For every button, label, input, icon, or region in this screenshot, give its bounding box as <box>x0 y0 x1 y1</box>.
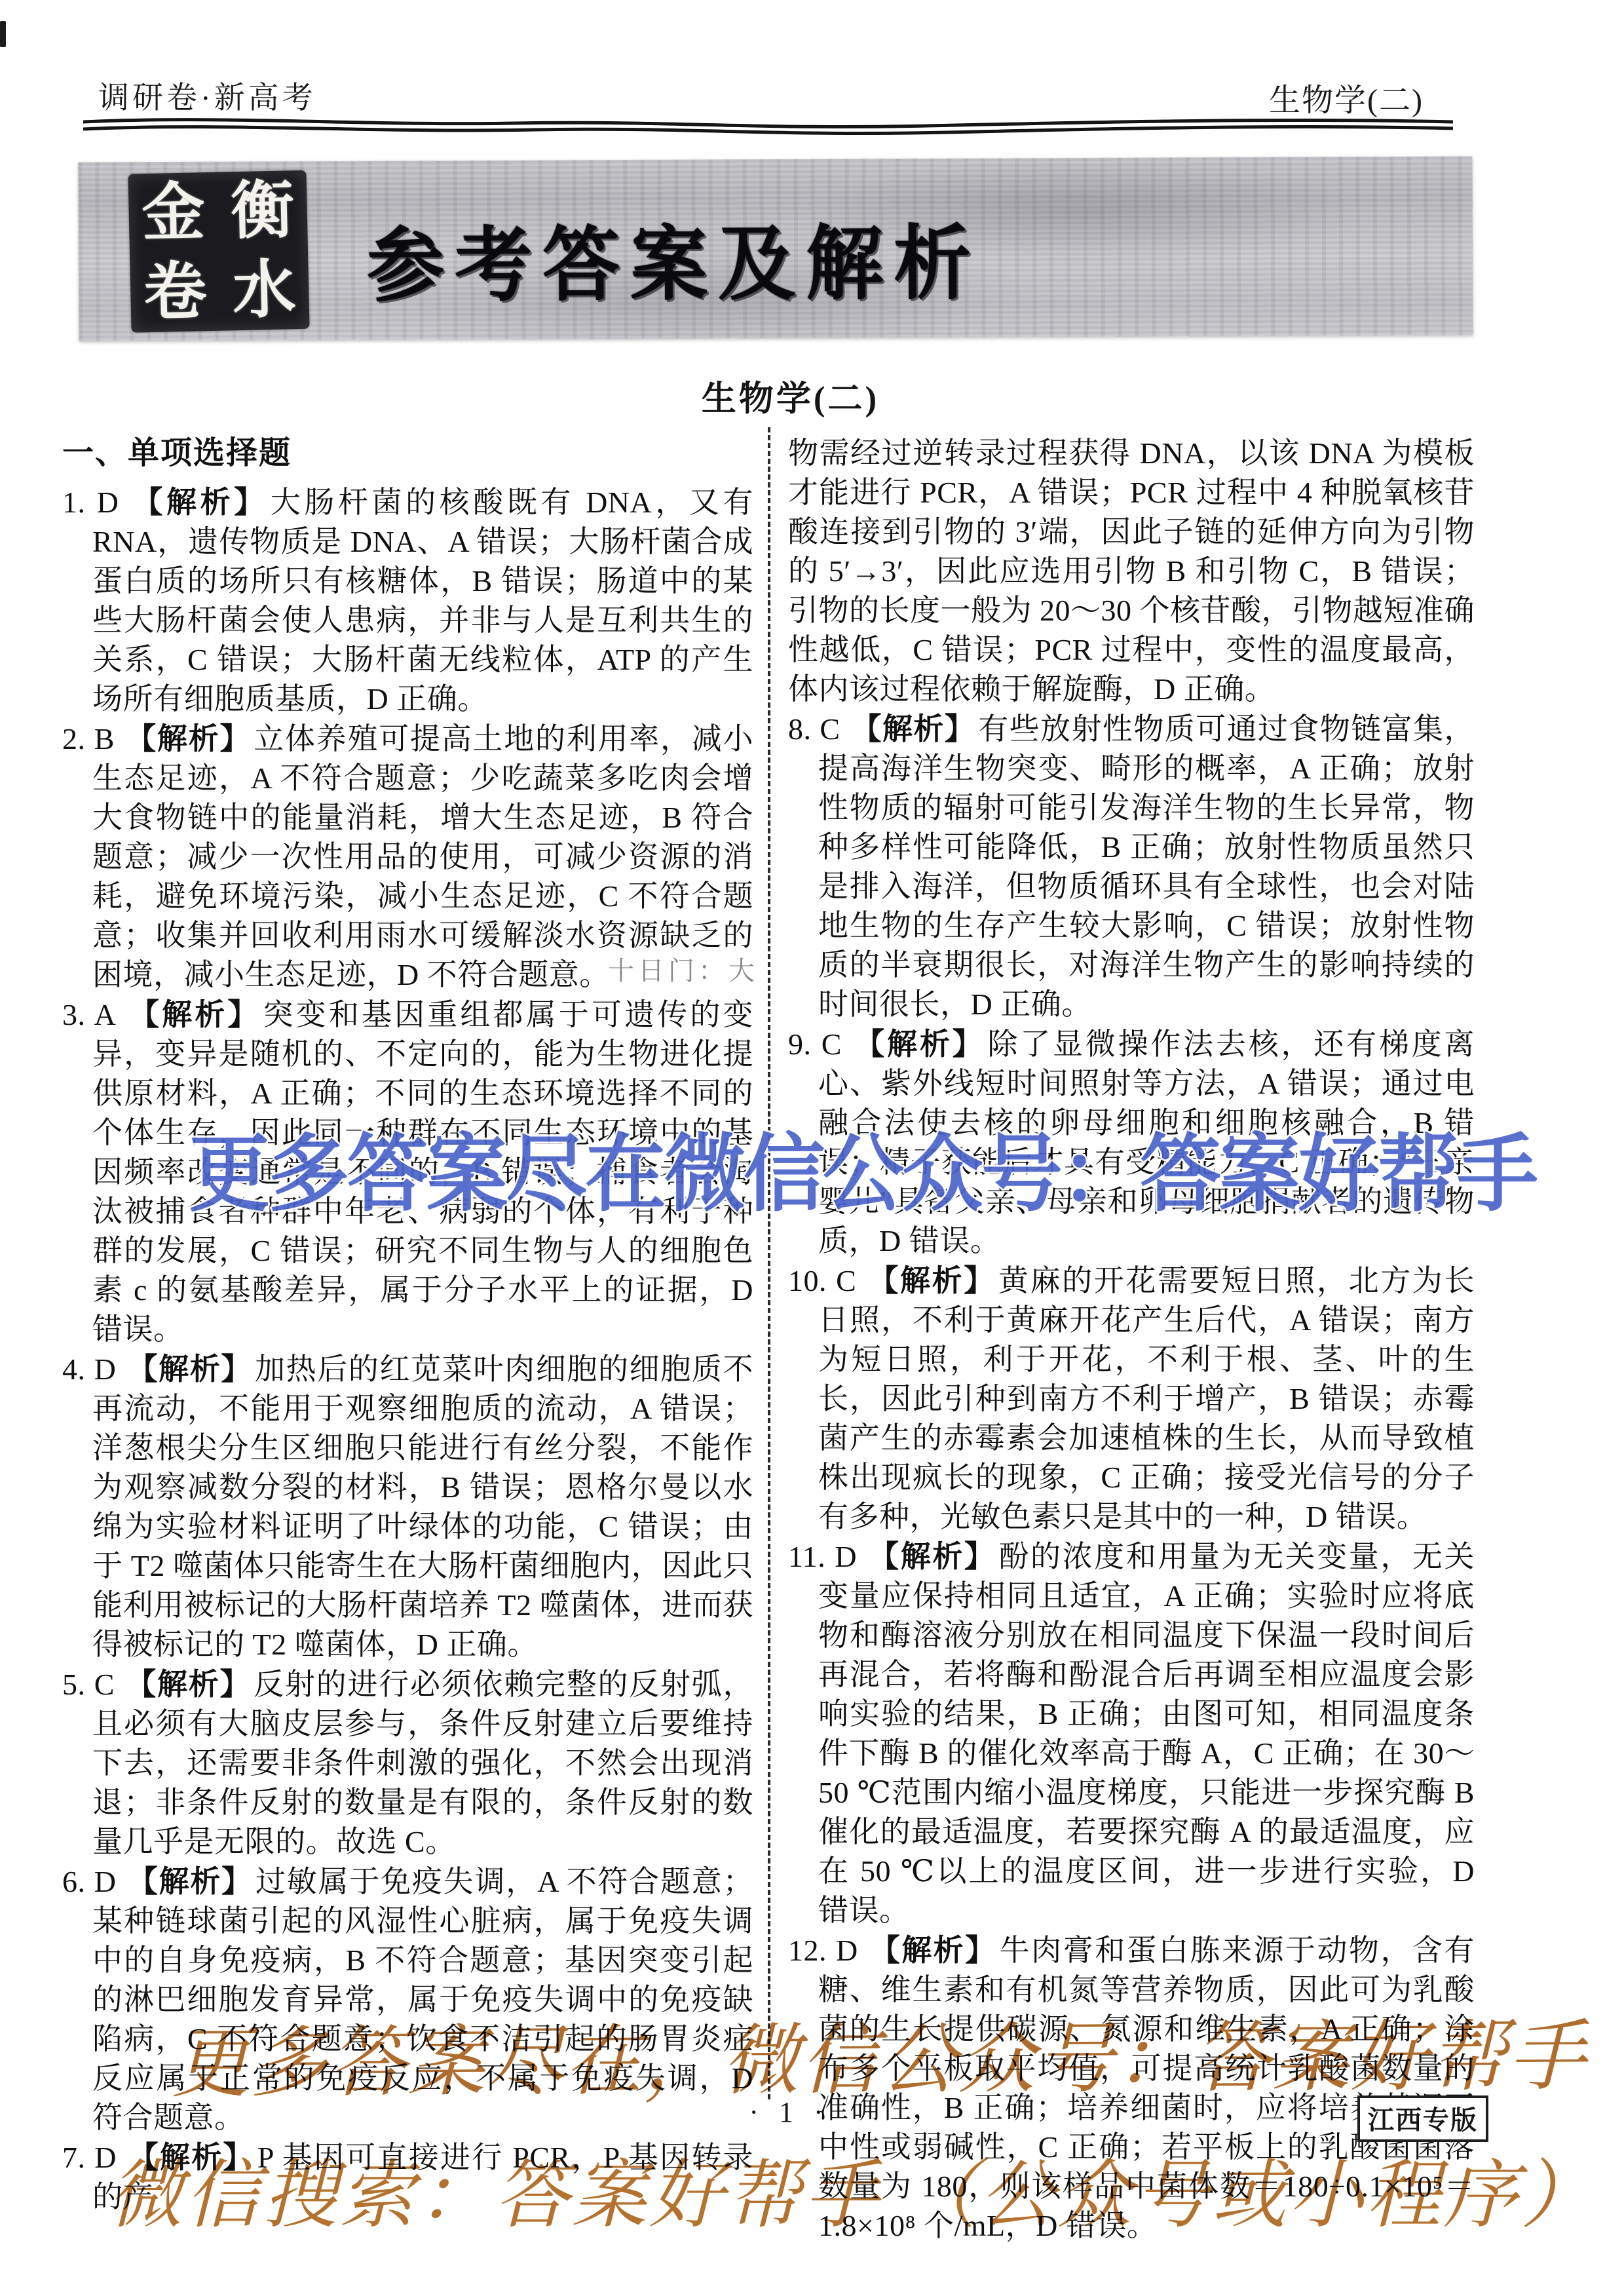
header-subject-title: 生物学(二) <box>1269 75 1424 120</box>
left-column: 一、单项选择题 1. D【解析】大肠杆菌的核酸既有 DNA，又有 RNA，遗传物… <box>62 434 753 2217</box>
answer-item-8: 8. C【解析】有些放射性物质可通过食物链富集，提高海洋生物突变、畸形的概率，A… <box>788 709 1475 1024</box>
analysis-label: 【解析】 <box>125 721 251 756</box>
seal-char: 金 <box>142 181 206 245</box>
analysis-label: 【解析】 <box>129 485 267 519</box>
banner-title: 参考答案及解析 <box>367 197 982 317</box>
answer-number: 1. D <box>62 486 119 519</box>
column-divider <box>768 427 770 2099</box>
answer-number: 10. C <box>788 1264 856 1297</box>
answer-item-5: 5. C【解析】反射的进行必须依赖完整的反射弧，且必须有大脑皮层参与，条件反射建… <box>62 1664 753 1862</box>
analysis-label: 【解析】 <box>867 1539 996 1573</box>
answer-number: 9. C <box>788 1027 842 1061</box>
section-heading: 一、单项选择题 <box>62 434 753 473</box>
print-bleed-artifact: 十日门：大 <box>608 950 759 987</box>
watermark-orange-bottom: 微信搜索：答案好帮手 （公众号或小程序） <box>108 2135 1598 2242</box>
analysis-text: 黄麻的开花需要短日照，北方为长日照，不利于黄麻开花产生后代，A 错误；南方为短日… <box>818 1264 1475 1533</box>
answer-number: 3. A <box>62 998 116 1031</box>
analysis-label: 【解析】 <box>852 1027 985 1061</box>
analysis-text: 有些放射性物质可通过食物链富集，提高海洋生物突变、畸形的概率，A 正确；放射性物… <box>818 712 1475 1021</box>
seal-char: 水 <box>232 258 296 322</box>
seal-char: 卷 <box>143 260 207 324</box>
scan-edge-mark <box>0 21 6 47</box>
analysis-label: 【解析】 <box>869 1933 997 1967</box>
analysis-label: 【解析】 <box>126 997 260 1031</box>
answer-banner: 金 衡 卷 水 参考答案及解析 <box>78 156 1473 341</box>
answer-item-11: 11. D【解析】酚的浓度和用量为无关变量，无关变量应保持相同且适宜，A 正确；… <box>788 1537 1475 1930</box>
answer-number: 8. C <box>788 712 840 746</box>
analysis-label: 【解析】 <box>125 1667 251 1701</box>
answer-number: 5. C <box>62 1668 115 1701</box>
header-series-title: 调研卷·新高考 <box>98 73 316 117</box>
watermark-orange-middle: 更多答案尽在，微信公众号：答案好帮手 <box>172 1993 1587 2112</box>
analysis-text: 大肠杆菌的核酸既有 DNA，又有 RNA，遗传物质是 DNA、A 错误；大肠杆菌… <box>92 486 753 716</box>
analysis-label: 【解析】 <box>126 1352 252 1386</box>
answer-item-7-continuation: 物需经过逆转录过程获得 DNA，以该 DNA 为模板才能进行 PCR，A 错误；… <box>788 434 1475 709</box>
watermark-blue: 更多答案尽在微信公众号：答案好帮手 <box>189 1106 1536 1227</box>
analysis-label: 【解析】 <box>851 712 976 746</box>
answer-number: 4. D <box>62 1352 116 1386</box>
heng-shui-jin-juan-seal: 金 衡 卷 水 <box>128 170 309 333</box>
answer-number: 6. D <box>62 1865 117 1898</box>
analysis-label: 【解析】 <box>127 1864 253 1898</box>
answer-number: 11. D <box>788 1540 857 1573</box>
right-column: 物需经过逆转录过程获得 DNA，以该 DNA 为模板才能进行 PCR，A 错误；… <box>788 434 1475 2246</box>
header-double-rule <box>82 115 1454 138</box>
analysis-label: 【解析】 <box>867 1263 996 1297</box>
answer-number: 2. B <box>62 722 115 756</box>
answer-number: 12. D <box>788 1934 858 1967</box>
analysis-text: 酚的浓度和用量为无关变量，无关变量应保持相同且适宜，A 正确；实验时应将底物和酶… <box>818 1540 1475 1927</box>
answer-item-1: 1. D【解析】大肠杆菌的核酸既有 DNA，又有 RNA，遗传物质是 DNA、A… <box>62 482 753 719</box>
answer-sheet-page: 调研卷·新高考 生物学(二) 金 衡 卷 水 参考答案及解析 生物学(二) 一、… <box>0 0 1624 2296</box>
answer-item-4: 4. D【解析】加热后的红苋菜叶肉细胞的细胞质不再流动，不能用于观察细胞质的流动… <box>62 1349 753 1664</box>
analysis-text: 加热后的红苋菜叶肉细胞的细胞质不再流动，不能用于观察细胞质的流动，A 错误；洋葱… <box>92 1352 753 1661</box>
seal-char: 衡 <box>231 179 295 243</box>
subject-section-title: 生物学(二) <box>85 371 1496 421</box>
answer-item-10: 10. C【解析】黄麻的开花需要短日照，北方为长日照，不利于黄麻开花产生后代，A… <box>788 1261 1475 1537</box>
